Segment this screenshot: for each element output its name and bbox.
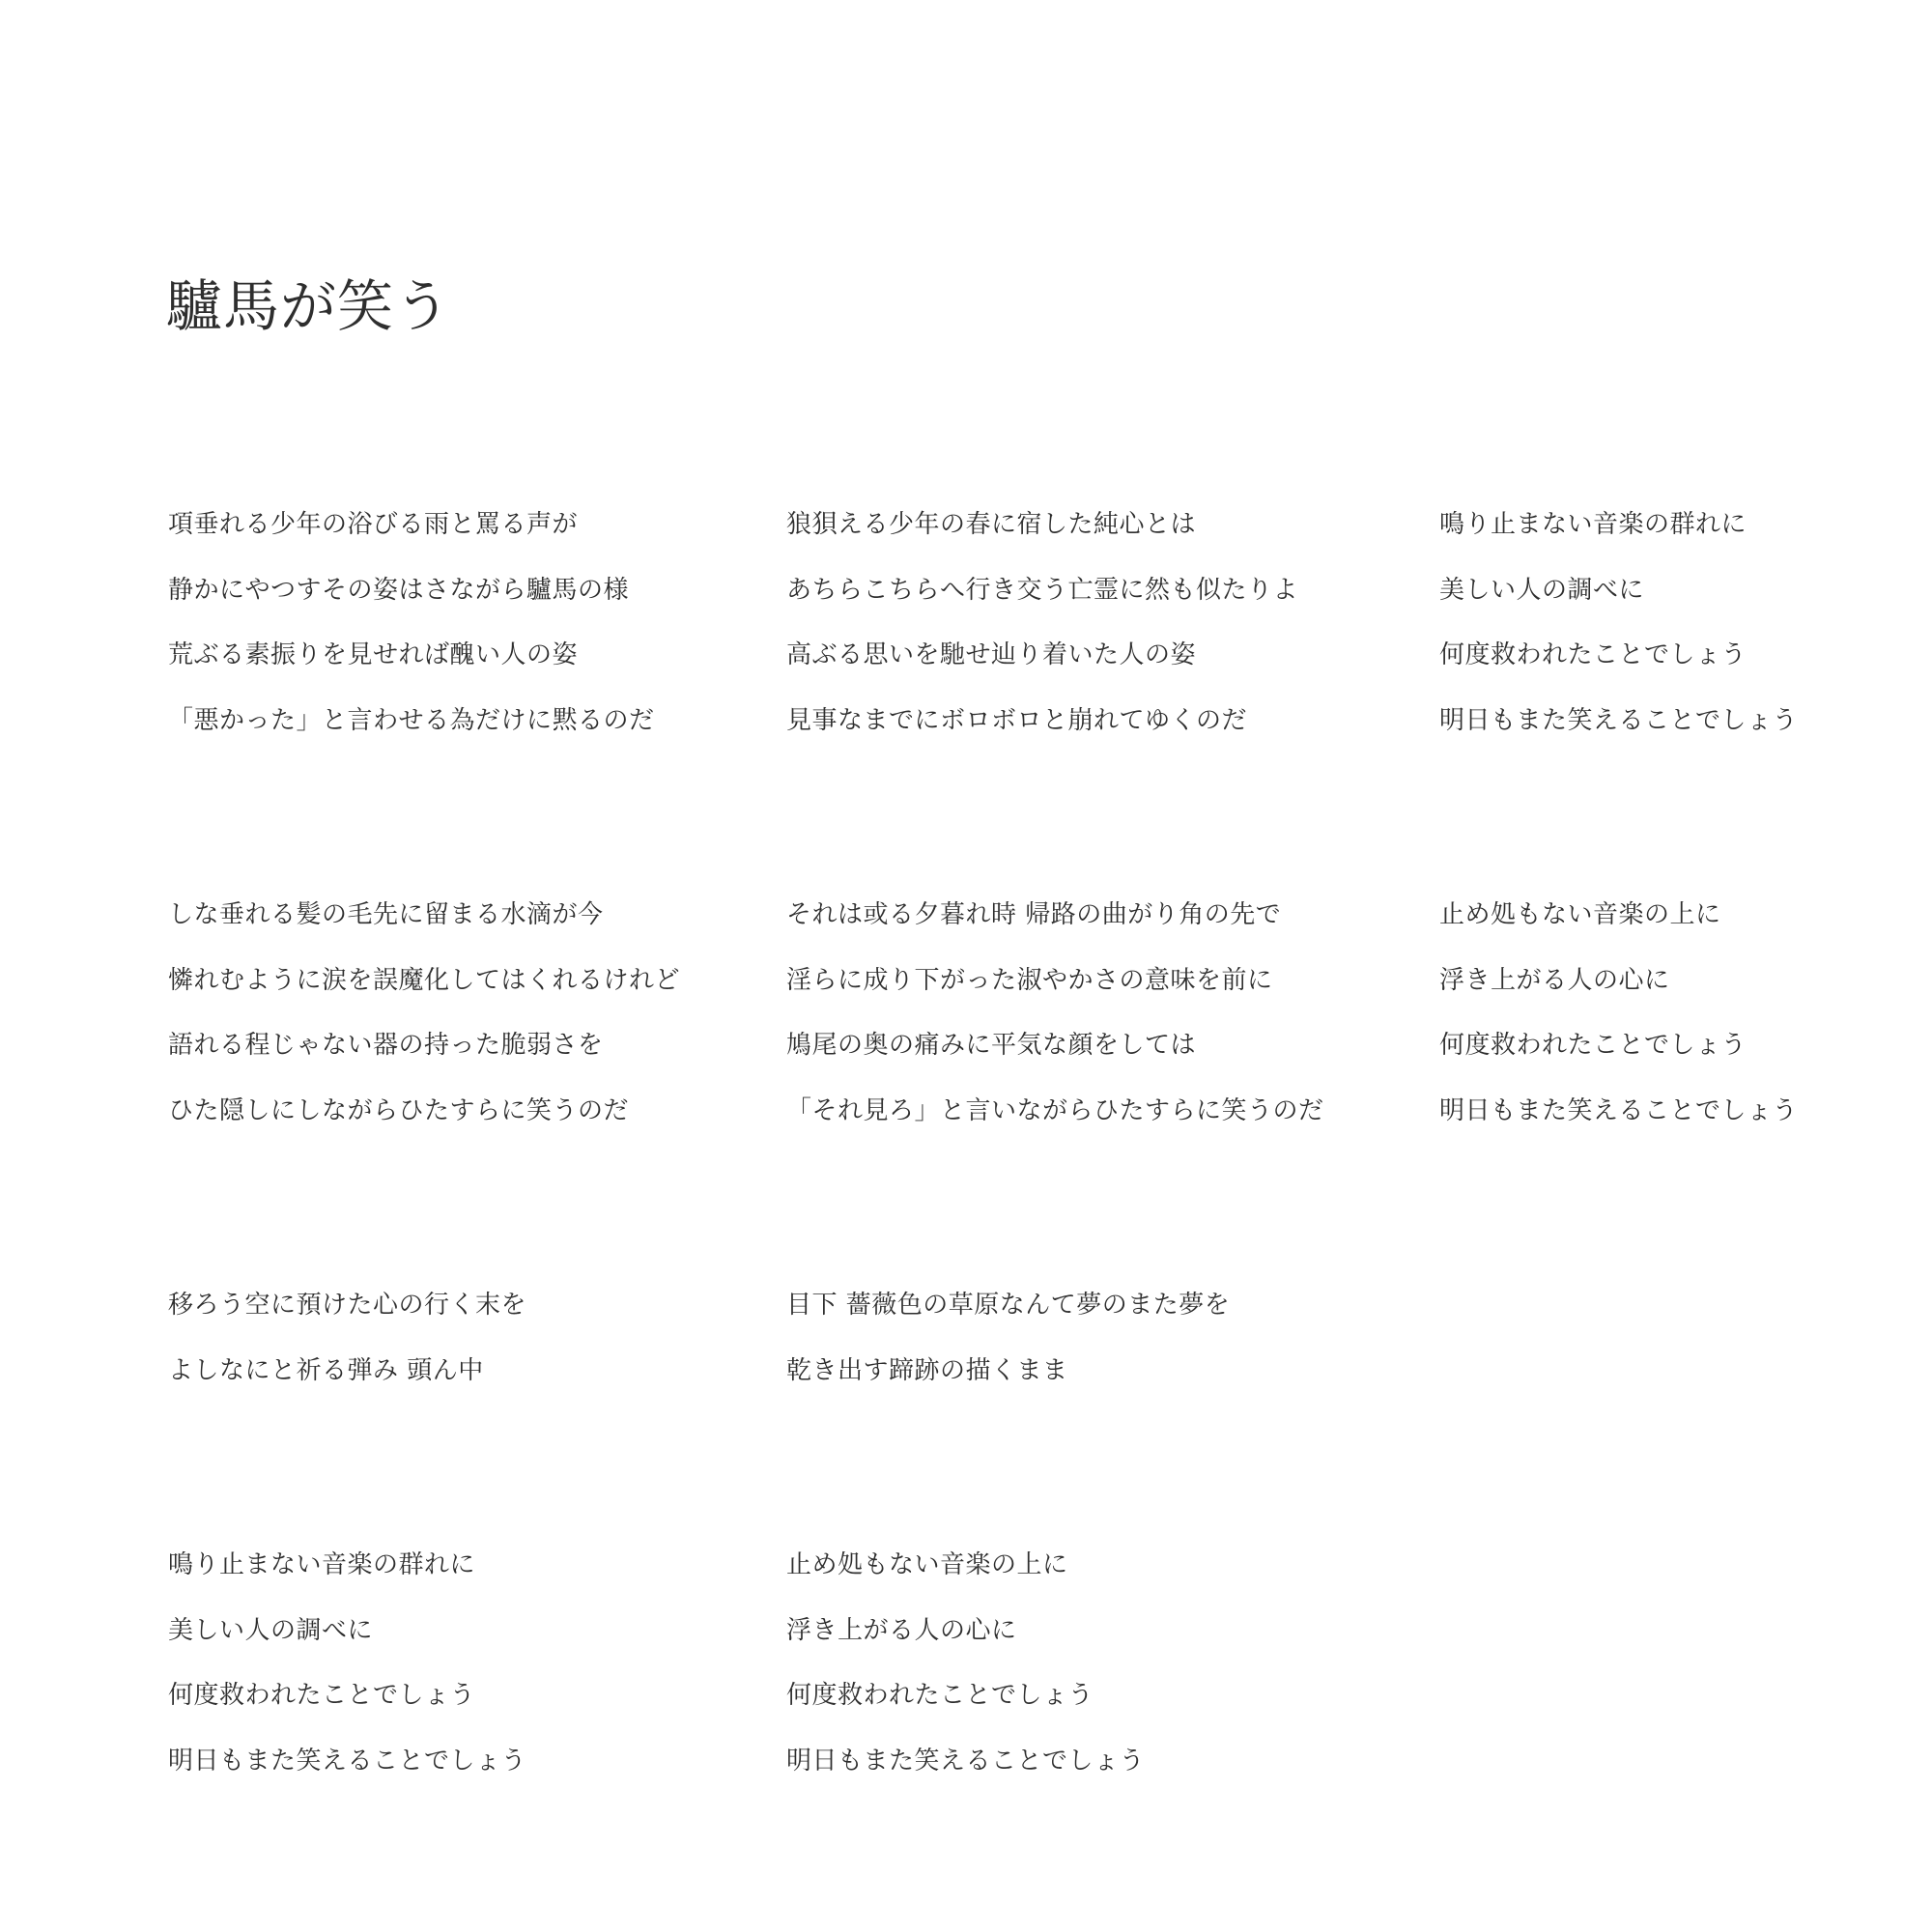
lyric-line: 何度救われたことでしょう: [168, 1663, 680, 1729]
lyric-line: 移ろう空に預けた心の行く末を: [168, 1273, 680, 1339]
stanza: 項垂れる少年の浴びる雨と罵る声が 静かにやつすその姿はさながら驢馬の様 荒ぶる素…: [168, 493, 680, 753]
lyric-line: 明日もまた笑えることでしょう: [1439, 689, 1798, 754]
lyric-line: 鳩尾の奥の痛みに平気な顔をしては: [786, 1013, 1324, 1079]
lyric-line: 止め処もない音楽の上に: [1439, 883, 1798, 949]
lyric-line: 何度救われたことでしょう: [1439, 623, 1798, 689]
lyric-line: 荒ぶる素振りを見せれば醜い人の姿: [168, 623, 680, 689]
lyrics-column-2: 狼狽える少年の春に宿した純心とは あちらこちらへ行き交う亡霊に然も似たりよ 高ぶ…: [786, 493, 1324, 1923]
lyric-line: 目下 薔薇色の草原なんて夢のまた夢を: [786, 1273, 1324, 1339]
lyric-line: ひた隠しにしながらひたすらに笑うのだ: [168, 1079, 680, 1145]
lyric-line: それは或る夕暮れ時 帰路の曲がり角の先で: [786, 883, 1324, 949]
stanza: 鳴り止まない音楽の群れに 美しい人の調べに 何度救われたことでしょう 明日もまた…: [1439, 493, 1798, 753]
lyric-line: よしなにと祈る弾み 頭ん中: [168, 1339, 680, 1405]
lyric-line: 憐れむように涙を誤魔化してはくれるけれど: [168, 949, 680, 1014]
page-title: 驢馬が笑う: [166, 272, 451, 340]
lyric-line: 何度救われたことでしょう: [1439, 1013, 1798, 1079]
stanza: 止め処もない音楽の上に 浮き上がる人の心に 何度救われたことでしょう 明日もまた…: [786, 1533, 1324, 1794]
lyric-line: 語れる程じゃない器の持った脆弱さを: [168, 1013, 680, 1079]
lyric-line: 何度救われたことでしょう: [786, 1663, 1324, 1729]
lyric-line: 浮き上がる人の心に: [786, 1599, 1324, 1664]
stanza: 移ろう空に預けた心の行く末を よしなにと祈る弾み 頭ん中: [168, 1273, 680, 1404]
lyric-line: 「それ見ろ」と言いながらひたすらに笑うのだ: [786, 1079, 1324, 1145]
lyric-line: 見事なまでにボロボロと崩れてゆくのだ: [786, 689, 1324, 754]
lyric-line: 止め処もない音楽の上に: [786, 1533, 1324, 1599]
lyric-line: 静かにやつすその姿はさながら驢馬の様: [168, 558, 680, 624]
lyric-line: 美しい人の調べに: [168, 1599, 680, 1664]
lyric-line: 浮き上がる人の心に: [1439, 949, 1798, 1014]
lyric-line: あちらこちらへ行き交う亡霊に然も似たりよ: [786, 558, 1324, 624]
lyric-line: 項垂れる少年の浴びる雨と罵る声が: [168, 493, 680, 558]
lyric-line: 明日もまた笑えることでしょう: [1439, 1079, 1798, 1145]
lyrics-column-3: 鳴り止まない音楽の群れに 美しい人の調べに 何度救われたことでしょう 明日もまた…: [1439, 493, 1798, 1273]
lyric-line: 「悪かった」と言わせる為だけに黙るのだ: [168, 689, 680, 754]
stanza: 鳴り止まない音楽の群れに 美しい人の調べに 何度救われたことでしょう 明日もまた…: [168, 1533, 680, 1794]
lyric-line: 鳴り止まない音楽の群れに: [1439, 493, 1798, 558]
lyric-line: 鳴り止まない音楽の群れに: [168, 1533, 680, 1599]
lyric-line: 乾き出す蹄跡の描くまま: [786, 1339, 1324, 1405]
lyric-line: 狼狽える少年の春に宿した純心とは: [786, 493, 1324, 558]
stanza: しな垂れる髪の毛先に留まる水滴が今 憐れむように涙を誤魔化してはくれるけれど 語…: [168, 883, 680, 1144]
lyric-line: 明日もまた笑えることでしょう: [786, 1729, 1324, 1795]
lyric-line: 美しい人の調べに: [1439, 558, 1798, 624]
stanza: それは或る夕暮れ時 帰路の曲がり角の先で 淫らに成り下がった淑やかさの意味を前に…: [786, 883, 1324, 1144]
stanza: 止め処もない音楽の上に 浮き上がる人の心に 何度救われたことでしょう 明日もまた…: [1439, 883, 1798, 1144]
lyric-line: 淫らに成り下がった淑やかさの意味を前に: [786, 949, 1324, 1014]
lyric-line: 明日もまた笑えることでしょう: [168, 1729, 680, 1795]
lyric-line: 高ぶる思いを馳せ辿り着いた人の姿: [786, 623, 1324, 689]
lyric-line: しな垂れる髪の毛先に留まる水滴が今: [168, 883, 680, 949]
stanza: 狼狽える少年の春に宿した純心とは あちらこちらへ行き交う亡霊に然も似たりよ 高ぶ…: [786, 493, 1324, 753]
lyrics-column-1: 項垂れる少年の浴びる雨と罵る声が 静かにやつすその姿はさながら驢馬の様 荒ぶる素…: [168, 493, 680, 1923]
stanza: 目下 薔薇色の草原なんて夢のまた夢を 乾き出す蹄跡の描くまま: [786, 1273, 1324, 1404]
